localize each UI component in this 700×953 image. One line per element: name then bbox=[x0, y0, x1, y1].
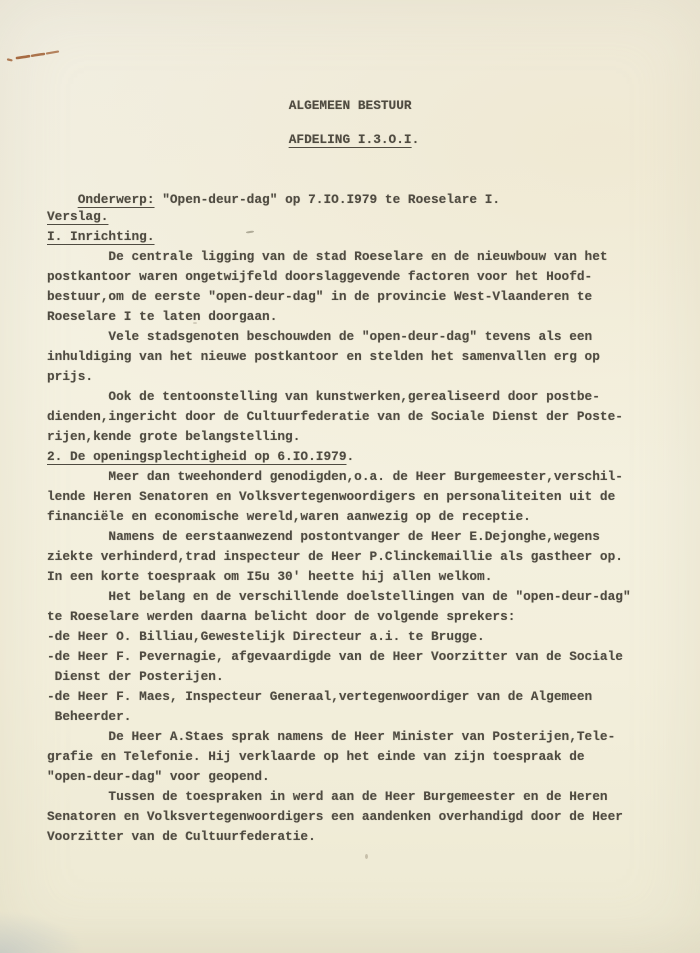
text-run: bestuur,om de eerste "open-deur-dag" in … bbox=[47, 289, 592, 304]
document-line: In een korte toespraak om I5u 30' heette… bbox=[47, 567, 631, 587]
department-name: AFDELING I.3.O.I bbox=[289, 132, 412, 147]
text-run: Tussen de toespraken in werd aan de Heer… bbox=[47, 789, 608, 804]
document-line: ziekte verhinderd,trad inspecteur de Hee… bbox=[47, 547, 631, 567]
document-line: Het belang en de verschillende doelstell… bbox=[47, 587, 631, 607]
document-line: Dienst der Posterijen. bbox=[47, 667, 631, 687]
text-run: -de Heer F. Pevernagie, afgevaardigde va… bbox=[47, 649, 623, 664]
scanned-document-page: ALGEMEEN BESTUUR AFDELING I.3.O.I. Onder… bbox=[0, 0, 700, 953]
department-suffix: . bbox=[412, 132, 420, 147]
text-run: postkantoor waren ongetwijfeld doorslagg… bbox=[47, 269, 592, 284]
document-line: Verslag. bbox=[47, 207, 631, 227]
pen-stroke bbox=[8, 60, 12, 61]
document-line: lende Heren Senatoren en Volksvertegenwo… bbox=[47, 487, 631, 507]
document-line: 2. De openingsplechtigheid op 6.IO.I979. bbox=[47, 447, 631, 467]
document-line: Senatoren en Volksvertegenwoordigers een… bbox=[47, 807, 631, 827]
text-run: Senatoren en Volksvertegenwoordigers een… bbox=[47, 809, 623, 824]
text-run: te Roeselare werden daarna belicht door … bbox=[47, 609, 515, 624]
document-line: Namens de eerstaanwezend postontvanger d… bbox=[47, 527, 631, 547]
document-line: -de Heer O. Billiau,Gewestelijk Directeu… bbox=[47, 627, 631, 647]
text-run: Het belang en de verschillende doelstell… bbox=[47, 589, 631, 604]
document-line: bestuur,om de eerste "open-deur-dag" in … bbox=[47, 287, 631, 307]
underlined-heading-text: I. Inrichting. bbox=[47, 229, 155, 244]
pen-stroke bbox=[32, 54, 44, 56]
document-line: dienden,ingericht door de Cultuurfederat… bbox=[47, 407, 631, 427]
text-run: -de Heer F. Maes, Inspecteur Generaal,ve… bbox=[47, 689, 592, 704]
document-line: Roeselare I te laten doorgaan. bbox=[47, 307, 631, 327]
text-run: Ook de tentoonstelling van kunstwerken,g… bbox=[47, 389, 600, 404]
document-line: De Heer A.Staes sprak namens de Heer Min… bbox=[47, 727, 631, 747]
text-run: prijs. bbox=[47, 369, 93, 384]
text-run: inhuldiging van het nieuwe postkantoor e… bbox=[47, 349, 600, 364]
underlined-heading-text: 2. De openingsplechtigheid op 6.IO.I979 bbox=[47, 449, 347, 464]
document-line: "open-deur-dag" voor geopend. bbox=[47, 767, 631, 787]
red-pen-mark-icon bbox=[6, 46, 64, 66]
text-run: "open-deur-dag" voor geopend. bbox=[47, 769, 270, 784]
text-run: . bbox=[347, 449, 355, 464]
document-line: De centrale ligging van de stad Roeselar… bbox=[47, 247, 631, 267]
document-subtitle: AFDELING I.3.O.I. bbox=[258, 110, 419, 170]
text-run: grafie en Telefonie. Hij verklaarde op h… bbox=[47, 749, 585, 764]
text-run: Roeselare I te laten doorgaan. bbox=[47, 309, 277, 324]
document-line: Beheerder. bbox=[47, 707, 631, 727]
document-line: I. Inrichting. bbox=[47, 227, 631, 247]
document-line: grafie en Telefonie. Hij verklaarde op h… bbox=[47, 747, 631, 767]
text-run: De centrale ligging van de stad Roeselar… bbox=[47, 249, 608, 264]
document-line: prijs. bbox=[47, 367, 631, 387]
text-run: dienden,ingericht door de Cultuurfederat… bbox=[47, 409, 623, 424]
pen-stroke bbox=[47, 52, 58, 54]
document-line: inhuldiging van het nieuwe postkantoor e… bbox=[47, 347, 631, 367]
text-run: Voorzitter van de Cultuurfederatie. bbox=[47, 829, 316, 844]
subject-text: "Open-deur-dag" op 7.IO.I979 te Roeselar… bbox=[155, 192, 501, 207]
pen-stroke bbox=[17, 56, 29, 58]
text-run: Beheerder. bbox=[47, 709, 131, 724]
text-run: lende Heren Senatoren en Volksvertegenwo… bbox=[47, 489, 615, 504]
text-run: Vele stadsgenoten beschouwden de "open-d… bbox=[47, 329, 592, 344]
document-line: rijen,kende grote belangstelling. bbox=[47, 427, 631, 447]
document-line: Meer dan tweehonderd genodigden,o.a. de … bbox=[47, 467, 631, 487]
document-lines: Verslag.I. Inrichting. De centrale liggi… bbox=[47, 207, 631, 847]
text-run: Dienst der Posterijen. bbox=[47, 669, 224, 684]
document-line: postkantoor waren ongetwijfeld doorslagg… bbox=[47, 267, 631, 287]
document-line: financiële en economische wereld,waren a… bbox=[47, 507, 631, 527]
underlined-heading-text: Verslag. bbox=[47, 209, 108, 224]
document-line: -de Heer F. Maes, Inspecteur Generaal,ve… bbox=[47, 687, 631, 707]
document-line: te Roeselare werden daarna belicht door … bbox=[47, 607, 631, 627]
text-run: De Heer A.Staes sprak namens de Heer Min… bbox=[47, 729, 615, 744]
paper-speck bbox=[365, 854, 368, 859]
document-line: -de Heer F. Pevernagie, afgevaardigde va… bbox=[47, 647, 631, 667]
document-line: Vele stadsgenoten beschouwden de "open-d… bbox=[47, 327, 631, 347]
text-run: rijen,kende grote belangstelling. bbox=[47, 429, 300, 444]
text-run: Namens de eerstaanwezend postontvanger d… bbox=[47, 529, 600, 544]
text-run: -de Heer O. Billiau,Gewestelijk Directeu… bbox=[47, 629, 485, 644]
document-line: Tussen de toespraken in werd aan de Heer… bbox=[47, 787, 631, 807]
text-run: Meer dan tweehonderd genodigden,o.a. de … bbox=[47, 469, 623, 484]
document-line: Ook de tentoonstelling van kunstwerken,g… bbox=[47, 387, 631, 407]
text-run: In een korte toespraak om I5u 30' heette… bbox=[47, 569, 492, 584]
text-run: ziekte verhinderd,trad inspecteur de Hee… bbox=[47, 549, 623, 564]
subject-label: Onderwerp: bbox=[78, 192, 155, 207]
document-line: Voorzitter van de Cultuurfederatie. bbox=[47, 827, 631, 847]
text-run: financiële en economische wereld,waren a… bbox=[47, 509, 531, 524]
